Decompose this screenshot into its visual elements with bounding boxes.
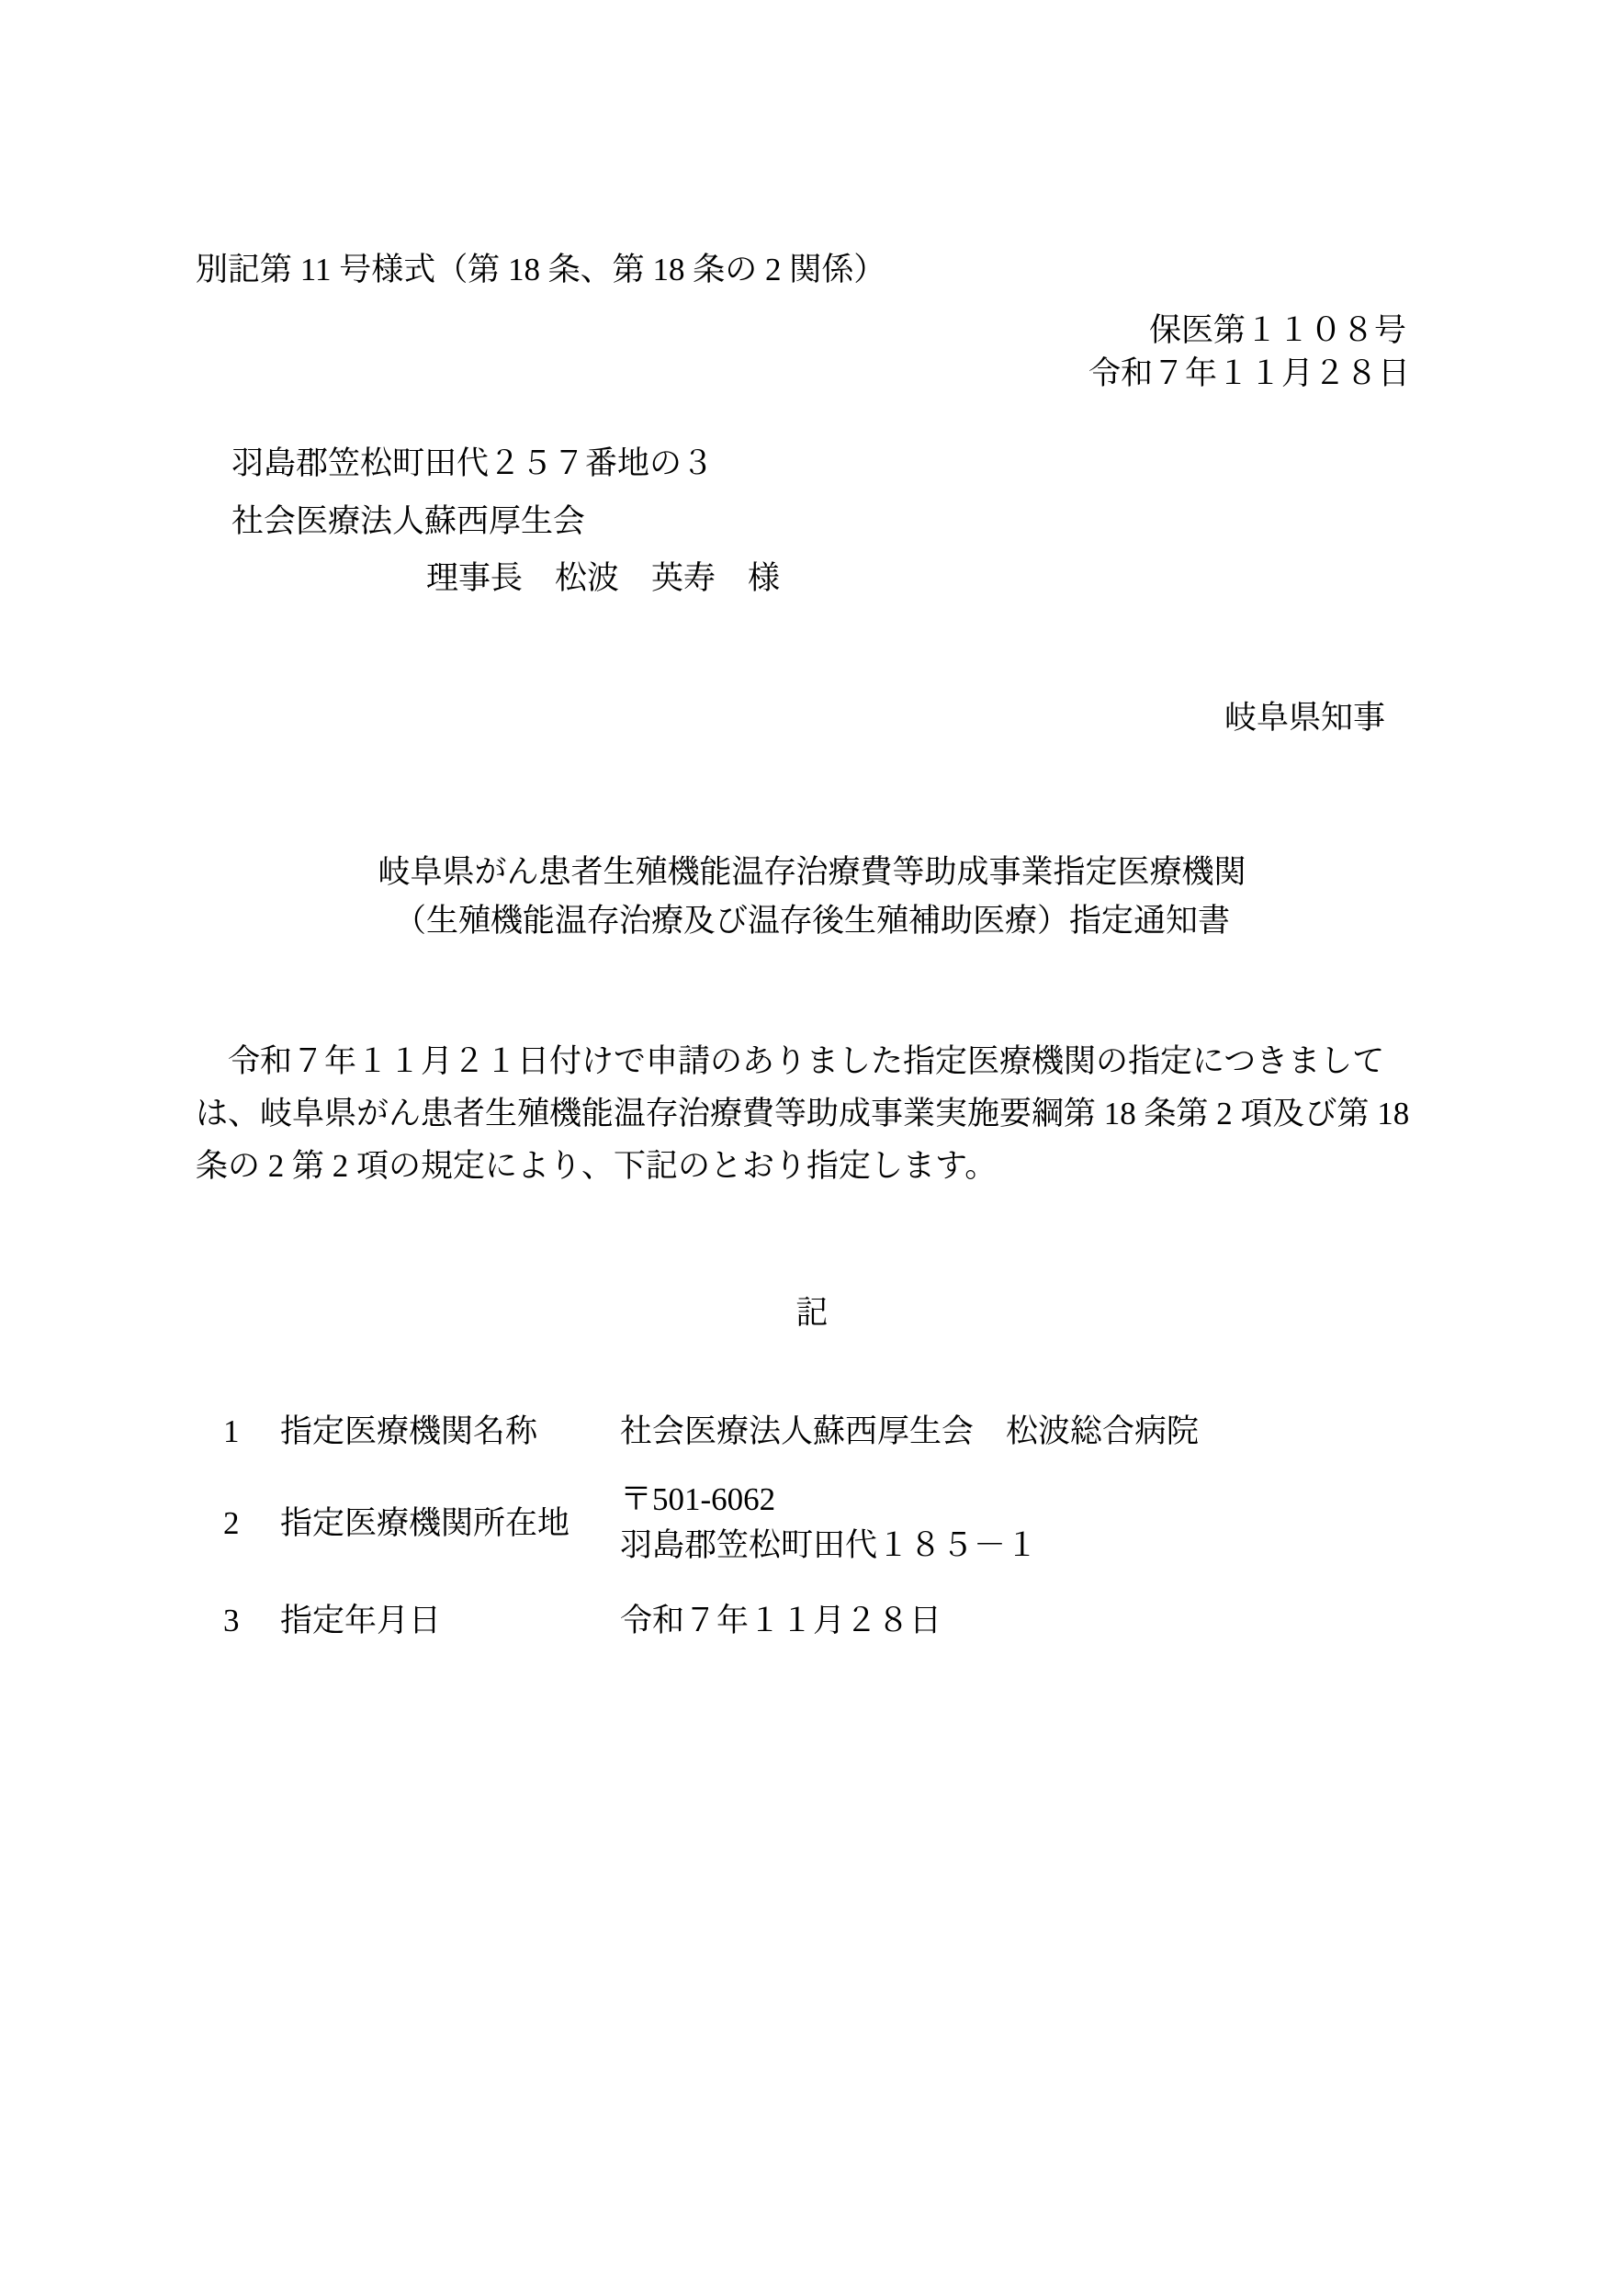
item-2-value-address: 羽島郡笠松町田代１８５－１: [620, 1525, 1038, 1566]
recipient-addressee: 理事長 松波 英寿 様: [426, 558, 780, 599]
item-1-value: 社会医療法人蘇西厚生会 松波総合病院: [620, 1412, 1199, 1452]
body-paragraph-line2: は、岐阜県がん患者生殖機能温存治療費等助成事業実施要綱第 18 条第 2 項及び…: [196, 1094, 1409, 1134]
recipient-address: 羽島郡笠松町田代２５７番地の３: [231, 444, 714, 484]
record-marker: 記: [0, 1293, 1624, 1334]
document-title-line2: （生殖機能温存治療及び温存後生殖補助医療）指定通知書: [0, 901, 1624, 941]
body-paragraph-line3: 条の 2 第 2 項の規定により、下記のとおり指定します。: [196, 1146, 997, 1187]
item-2-value-postal-code: 〒501-6062: [620, 1480, 775, 1520]
form-reference: 別記第 11 号様式（第 18 条、第 18 条の 2 関係）: [196, 250, 885, 290]
item-2-number: 2: [223, 1503, 240, 1544]
issue-date: 令和７年１１月２８日: [1088, 354, 1410, 394]
item-1-number: 1: [223, 1412, 240, 1452]
item-1-label: 指定医療機関名称: [280, 1412, 537, 1452]
item-3-number: 3: [223, 1601, 240, 1641]
document-title-line1: 岐阜県がん患者生殖機能温存治療費等助成事業指定医療機関: [0, 852, 1624, 893]
item-2-label: 指定医療機関所在地: [280, 1503, 570, 1544]
document-page: 別記第 11 号様式（第 18 条、第 18 条の 2 関係） 保医第１１０８号…: [0, 0, 1624, 2296]
document-number: 保医第１１０８号: [1149, 310, 1406, 351]
item-3-value: 令和７年１１月２８日: [620, 1601, 942, 1641]
sender-title: 岐阜県知事: [1224, 698, 1385, 738]
recipient-organization: 社会医療法人蘇西厚生会: [231, 501, 585, 542]
body-paragraph-line1: 令和７年１１月２１日付けで申請のありました指定医療機関の指定につきまして: [196, 1041, 1384, 1082]
item-3-label: 指定年月日: [280, 1601, 441, 1641]
